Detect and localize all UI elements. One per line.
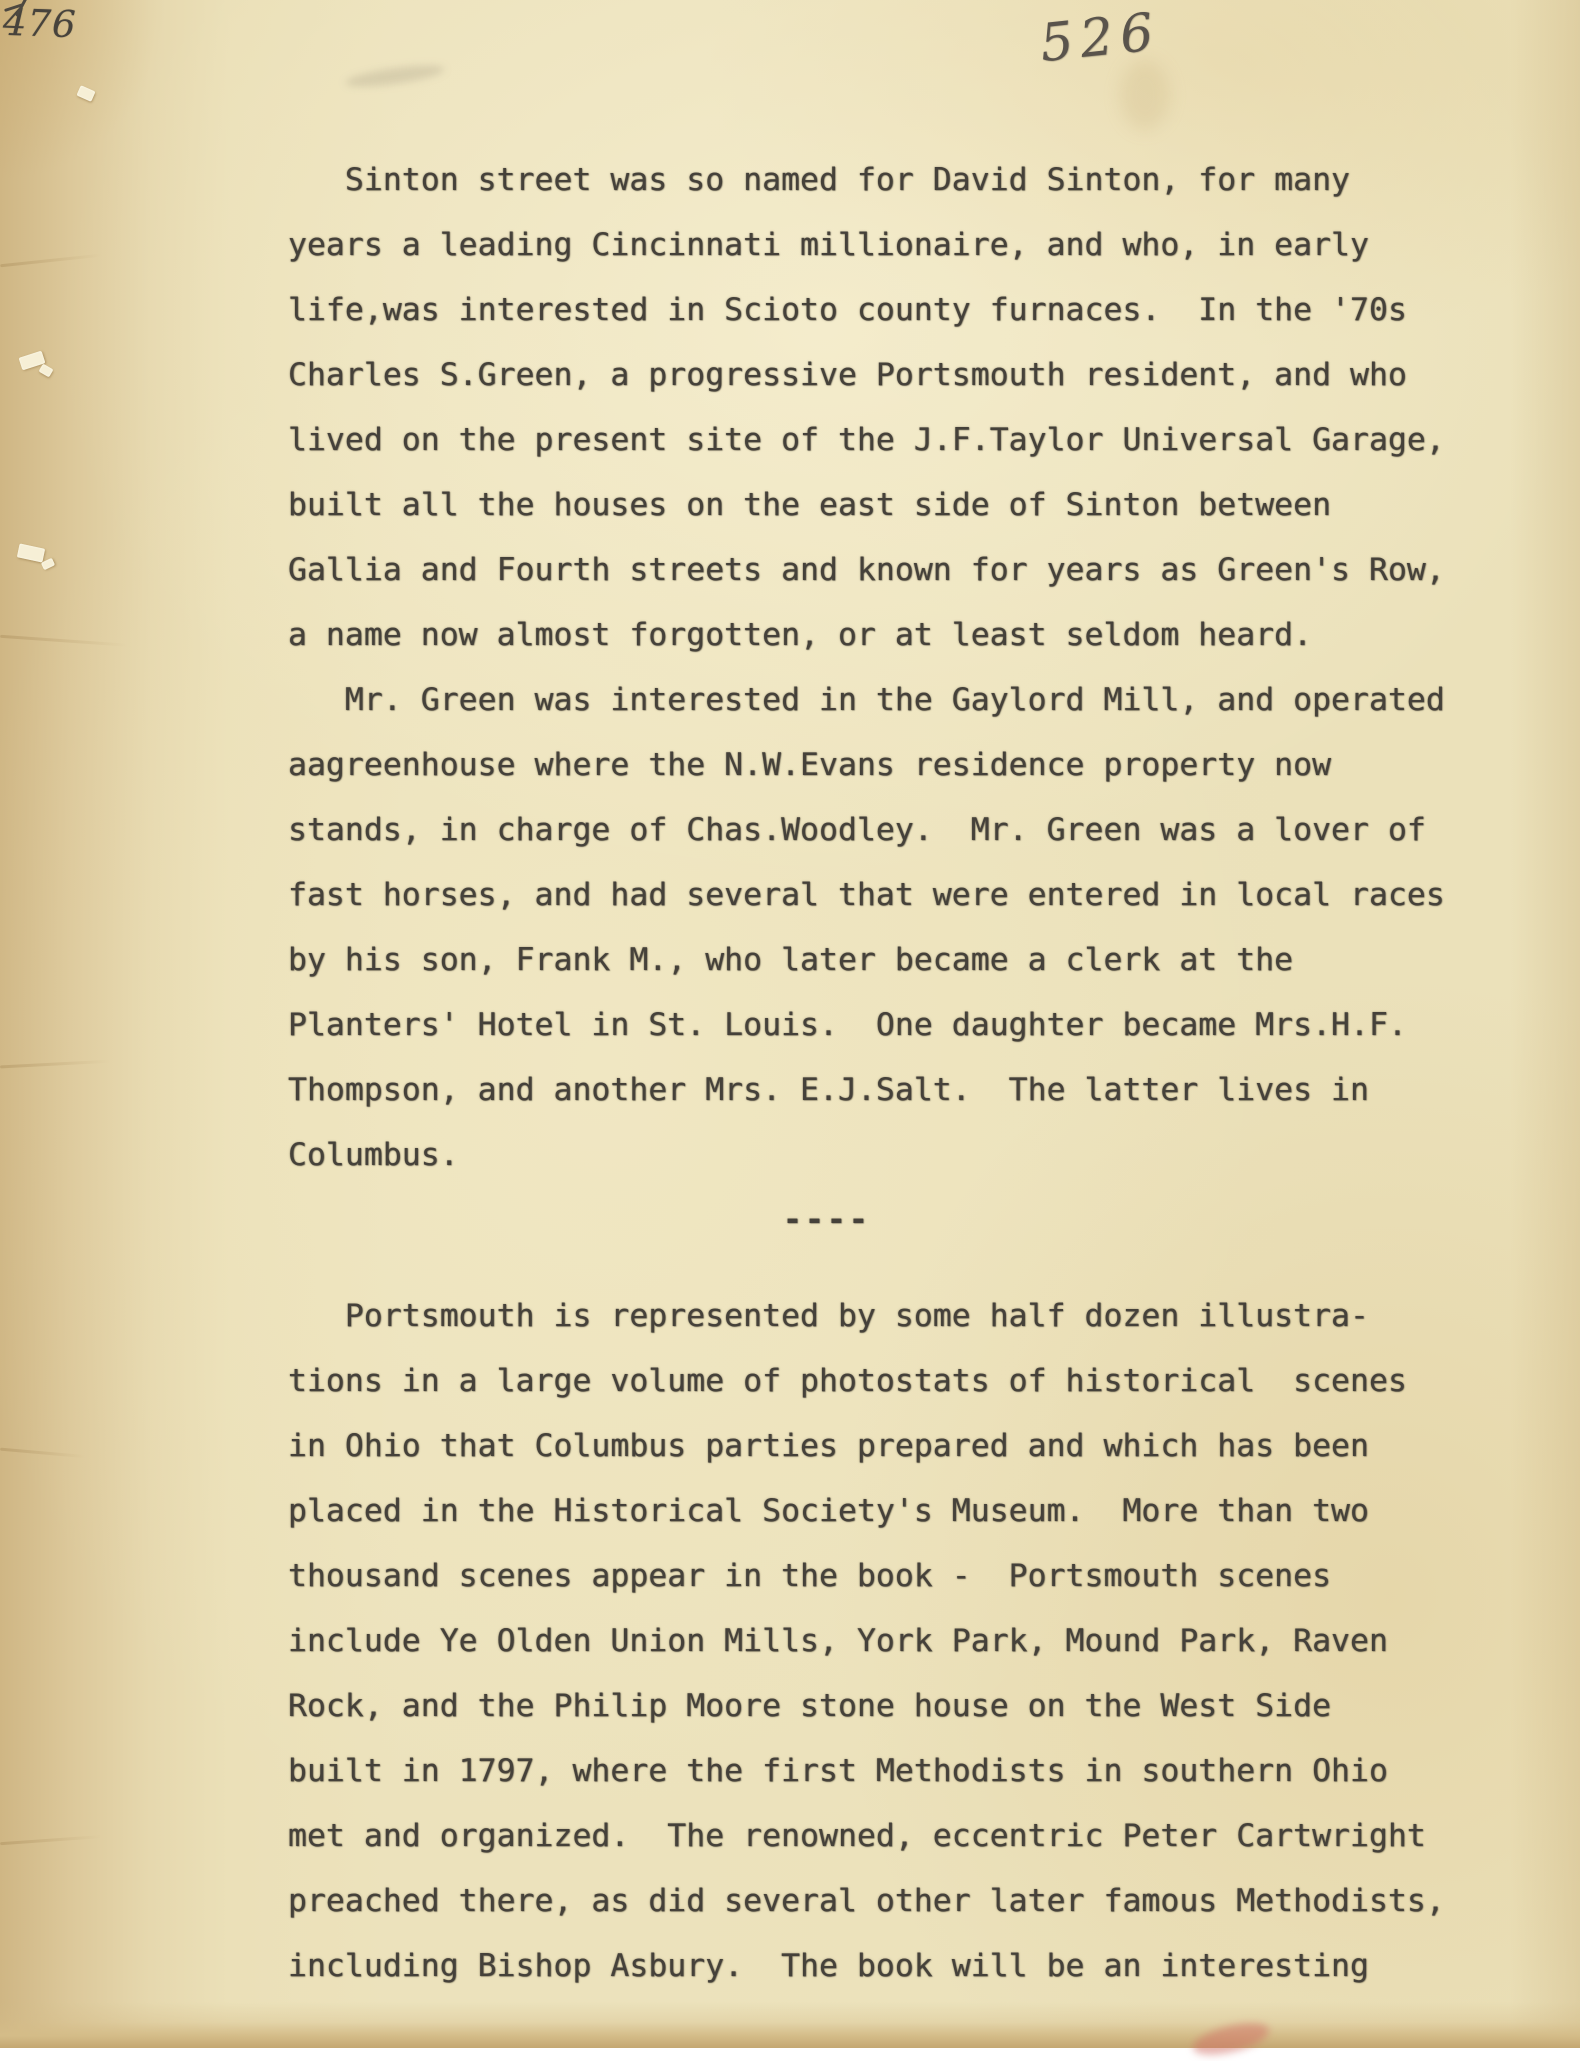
typed-line: placed in the Historical Society's Museu… [288, 1479, 1508, 1544]
typed-line: Portsmouth is represented by some half d… [288, 1284, 1508, 1349]
typed-line: built all the houses on the east side of… [288, 473, 1508, 538]
typed-divider: ---- [288, 1188, 1508, 1253]
typed-line: a name now almost forgotten, or at least… [288, 603, 1508, 668]
typed-line: met and organized. The renowned, eccentr… [288, 1804, 1508, 1869]
typed-line: years a leading Cincinnati millionaire, … [288, 213, 1508, 278]
typed-line: stands, in charge of Chas.Woodley. Mr. G… [288, 798, 1508, 863]
typed-line: Rock, and the Philip Moore stone house o… [288, 1674, 1508, 1739]
foxing-stain [1120, 60, 1170, 130]
typed-line: Gallia and Fourth streets and known for … [288, 538, 1508, 603]
typed-line: Planters' Hotel in St. Louis. One daught… [288, 993, 1508, 1058]
paper-tear-chip [39, 364, 54, 378]
paper-crease [0, 1059, 130, 1069]
typed-line: tions in a large volume of photostats of… [288, 1349, 1508, 1414]
typed-line: preached there, as did several other lat… [288, 1869, 1508, 1934]
typed-line: Mr. Green was interested in the Gaylord … [288, 668, 1508, 733]
typed-line: thousand scenes appear in the book - Por… [288, 1544, 1508, 1609]
paper-tear-chip [17, 543, 45, 562]
typed-line: by his son, Frank M., who later became a… [288, 928, 1508, 993]
paper-crease [0, 1448, 100, 1460]
typed-line: built in 1797, where the first Methodist… [288, 1739, 1508, 1804]
typed-line: Columbus. [288, 1123, 1508, 1188]
typed-line: Thompson, and another Mrs. E.J.Salt. The… [288, 1058, 1508, 1123]
handwritten-page-number-top-right: 526 [1037, 2, 1163, 74]
typed-line: lived on the present site of the J.F.Tay… [288, 408, 1508, 473]
typed-line: including Bishop Asbury. The book will b… [288, 1934, 1508, 1999]
typed-line: life,was interested in Scioto county fur… [288, 278, 1508, 343]
paper-tear-chip [41, 558, 55, 570]
typed-line: in Ohio that Columbus parties prepared a… [288, 1414, 1508, 1479]
paper-page: 476 526 Sinton street was so named for D… [0, 0, 1580, 2048]
paper-crease [0, 635, 150, 648]
paper-crease [0, 1834, 120, 1845]
typed-line: Charles S.Green, a progressive Portsmout… [288, 343, 1508, 408]
right-edge-shading [1510, 0, 1580, 2048]
typed-line: aagreenhouse where the N.W.Evans residen… [288, 733, 1508, 798]
typed-line: include Ye Olden Union Mills, York Park,… [288, 1609, 1508, 1674]
gray-smudge [344, 61, 445, 91]
bottom-edge-shading [0, 2002, 1580, 2048]
typed-line: Sinton street was so named for David Sin… [288, 148, 1508, 213]
typed-text: Sinton street was so named for David Sin… [288, 148, 1508, 1999]
typed-line: fast horses, and had several that were e… [288, 863, 1508, 928]
